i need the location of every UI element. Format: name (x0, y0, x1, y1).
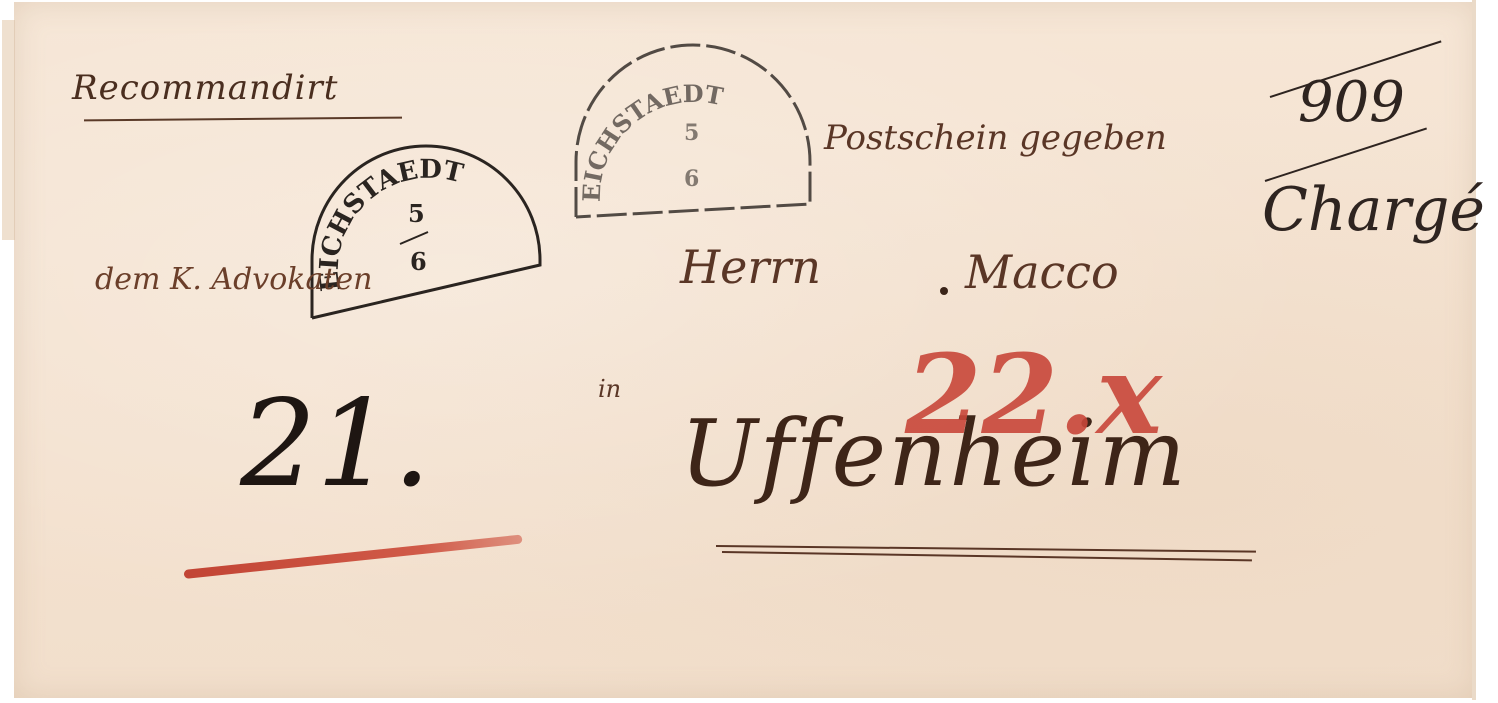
postmark-clear: EICHSTAEDT 5 6 (300, 140, 550, 334)
postschein-note: Postschein gegeben (824, 118, 1167, 158)
postmark-day-1: 5 (408, 199, 425, 228)
address-name: Macco (965, 245, 1119, 299)
postmark-month-2: 6 (684, 166, 699, 192)
postmark-month-1: 6 (410, 247, 427, 276)
red-crayon-rate: 22.x (905, 330, 1162, 459)
address-salutation: Herrn (680, 240, 821, 294)
postmark-faint: EICHSTAEDT 5 6 (570, 62, 820, 236)
postmark-day-2: 5 (684, 120, 699, 146)
address-preposition: in (598, 375, 621, 403)
charge-label: Chargé (1262, 175, 1485, 245)
paper-right-edge (1472, 0, 1476, 700)
weight-note: 21. (240, 375, 431, 514)
registration-number: 909 (1298, 70, 1405, 135)
postmark-town-2: EICHSTAEDT (577, 79, 726, 203)
registration-label: Recommandirt (72, 68, 338, 108)
paper-fold-edge (2, 20, 15, 240)
ink-dot (940, 287, 948, 295)
address-recipient-title: dem K. Advokaten (95, 262, 373, 297)
